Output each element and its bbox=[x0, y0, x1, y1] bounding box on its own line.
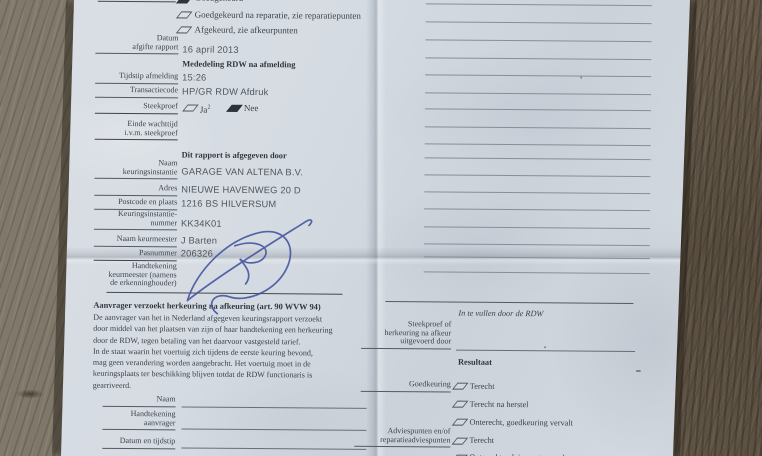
field-transactiecode-value: HP/GR RDW Afdruk bbox=[182, 86, 268, 97]
steekproef-nee-option: Nee bbox=[244, 103, 259, 113]
field-adres-value: NIEUWE HAVENWEG 20 D bbox=[181, 184, 301, 195]
field-adres-label: Adres bbox=[94, 184, 177, 196]
option-terecht: Terecht bbox=[470, 382, 495, 391]
field-pasnummer-label: Pasnummer bbox=[94, 249, 177, 261]
checkbox-icon bbox=[226, 105, 243, 112]
result-option-afgekeurd: Afgekeurd, zie afkeurpunten bbox=[195, 25, 298, 36]
ruled-line bbox=[425, 39, 651, 42]
field-datum-afgifte-value: 16 april 2013 bbox=[182, 44, 238, 54]
page-content: Goedgekeurd Goedgekeurd na reparatie, zi… bbox=[0, 0, 762, 456]
rdw-section-topline bbox=[385, 301, 633, 304]
dust-speck bbox=[544, 346, 546, 348]
result-option-goedgekeurd: Goedgekeurd bbox=[195, 0, 244, 3]
field-naam-aanvrager-label: Naam bbox=[103, 395, 176, 407]
field-datum-afgifte-label: Datum afgifte rapport bbox=[95, 34, 178, 55]
keurmeester-signature bbox=[177, 210, 358, 323]
steekproef-ja-text: Ja bbox=[200, 105, 208, 115]
field-einde-wachttijd-label: Einde wachttijd i.v.m. steekproef bbox=[95, 120, 178, 141]
ruled-line bbox=[426, 3, 652, 6]
option-onterecht-goedkeuring-vervalt: Onterecht, goedkeuring vervalt bbox=[469, 418, 573, 428]
ruled-line bbox=[425, 157, 651, 160]
datum-write-line bbox=[181, 447, 366, 449]
checkbox-icon bbox=[176, 11, 193, 18]
mededeling-heading: Mededeling RDW na afmelding bbox=[182, 59, 295, 69]
dust-speck bbox=[636, 370, 641, 372]
checkbox-icon bbox=[452, 419, 469, 426]
ruled-line bbox=[426, 21, 652, 24]
steekproef-footnote-mark: 2 bbox=[207, 105, 210, 111]
field-keurmeester-label: Naam keurmeester bbox=[94, 235, 177, 247]
checkbox-icon bbox=[452, 383, 469, 390]
checkbox-icon bbox=[452, 438, 469, 445]
result-option-goedgekeurd-na-reparatie: Goedgekeurd na reparatie, zie reparatiep… bbox=[195, 10, 361, 21]
checkbox-icon bbox=[176, 0, 193, 3]
resultaat-heading: Resultaat bbox=[458, 358, 492, 367]
ruled-line bbox=[424, 256, 650, 259]
field-postcode-value: 1216 BS HILVERSUM bbox=[181, 198, 276, 209]
rdw-report-paper: Goedgekeurd Goedgekeurd na reparatie, zi… bbox=[0, 0, 762, 456]
field-transactiecode-label: Transactiecode bbox=[95, 86, 178, 98]
handtekening-write-line bbox=[181, 428, 366, 430]
ruled-line bbox=[424, 243, 650, 246]
field-steekproef-uitgevoerd-label: Steekproef of herkeuring na afkeur uitge… bbox=[361, 320, 451, 349]
ruled-line bbox=[424, 174, 650, 177]
field-steekproef-label: Steekproef bbox=[95, 102, 178, 114]
ruled-line bbox=[425, 74, 651, 77]
ruled-line bbox=[424, 226, 650, 229]
checkbox-icon bbox=[176, 26, 193, 33]
steekproef-ja-option: Ja2 bbox=[200, 103, 211, 115]
herkeuring-body-text: De aanvrager van het in Nederland afgege… bbox=[93, 312, 372, 393]
option-advies-terecht: Terecht bbox=[469, 436, 494, 445]
field-handtekening-aanvrager-label: Handtekening aanvrager bbox=[102, 410, 175, 431]
field-keuringsinstantie-value: GARAGE VAN ALTENA B.V. bbox=[181, 166, 303, 177]
field-handtekening-keurmeester-label: Handtekening keurmeester (namens de erke… bbox=[94, 262, 177, 290]
option-terecht-na-herstel: Terecht na herstel bbox=[470, 400, 529, 409]
field-keuringsinstantie-label: Naam keuringsinstantie bbox=[94, 159, 177, 180]
dust-speck bbox=[580, 77, 582, 79]
field-tijdstip-value: 15:26 bbox=[182, 72, 206, 82]
ruled-line bbox=[425, 126, 651, 129]
ruled-line bbox=[424, 208, 650, 211]
photo-of-rdw-inspection-report: Goedgekeurd Goedgekeurd na reparatie, zi… bbox=[0, 0, 762, 456]
cut-label-underline bbox=[98, 1, 176, 3]
field-adviespunten-label: Adviespunten en/of reparatieadviespunten bbox=[354, 427, 450, 448]
ruled-line bbox=[425, 143, 651, 146]
checkbox-icon bbox=[452, 401, 469, 408]
checkbox-icon bbox=[182, 104, 199, 111]
field-tijdstip-label: Tijdstip afmelding bbox=[95, 72, 178, 84]
rdw-section-heading: In te vullen door de RDW bbox=[458, 309, 543, 319]
ruled-line bbox=[424, 271, 650, 274]
ruled-line bbox=[424, 191, 650, 194]
field-ki-nummer-label: Keuringsinstantie- nummer bbox=[94, 210, 177, 231]
uitgevoerd-door-write-line bbox=[456, 350, 635, 352]
ruled-line bbox=[425, 108, 651, 111]
naam-write-line bbox=[182, 406, 367, 408]
field-datum-tijdstip-label: Datum en tijdstip bbox=[102, 437, 175, 449]
ruled-line bbox=[425, 92, 651, 95]
field-goedkeuring-label: Goedkeuring bbox=[361, 380, 451, 392]
ruled-line bbox=[425, 57, 651, 60]
afgegeven-door-heading: Dit rapport is afgegeven door bbox=[182, 150, 287, 160]
